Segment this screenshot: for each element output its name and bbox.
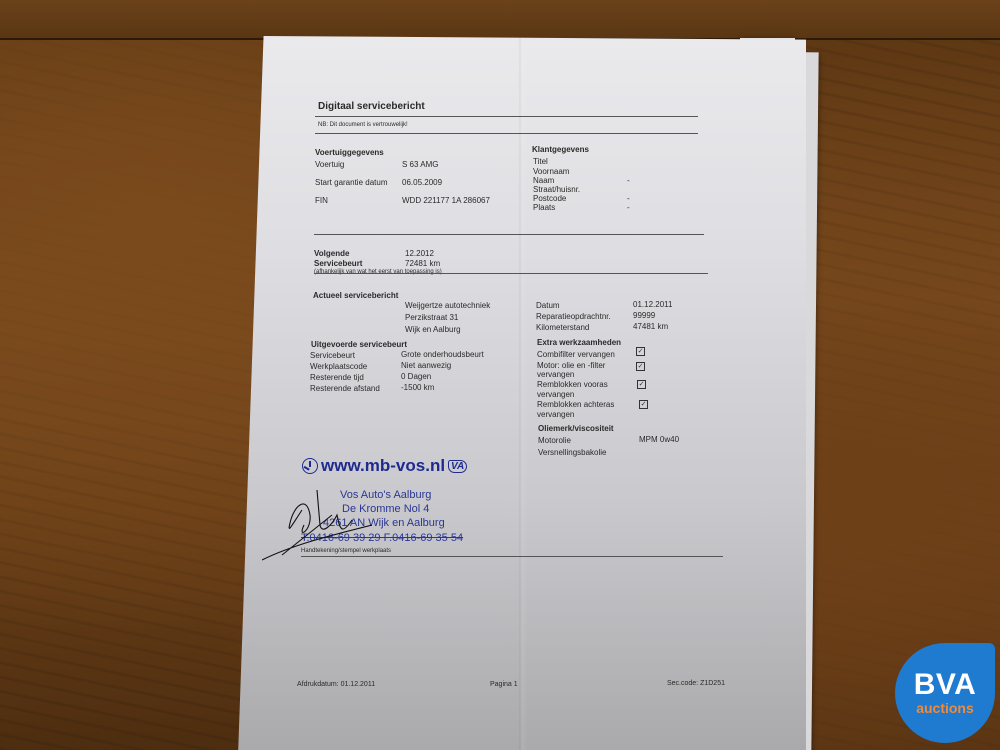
mercedes-star-icon — [302, 458, 318, 474]
current-heading: Actueel servicebericht — [313, 291, 398, 300]
date-value: 01.12.2011 — [633, 300, 672, 309]
extra-checkbox[interactable]: ✓ — [636, 347, 645, 356]
extra-heading: Extra werkzaamheden — [537, 338, 621, 347]
warranty-start-label: Start garantie datum — [315, 178, 387, 187]
customer-label: Titel — [533, 157, 548, 166]
dealer-logo: www.mb-vos.nl VA — [302, 456, 467, 476]
engine-oil-label: Motorolie — [538, 436, 571, 445]
vehicle-label: Voertuig — [315, 160, 344, 169]
vehicle-heading: Voertuiggegevens — [315, 148, 384, 157]
performed-heading: Uitgevoerde servicebeurt — [311, 340, 407, 349]
next-service-label: Volgende — [314, 249, 349, 258]
workshop-line: Weijgertze autotechniek — [405, 301, 490, 310]
divider — [314, 234, 704, 235]
bva-sub: auctions — [916, 700, 974, 716]
extra-item: Combifilter vervangen — [537, 350, 615, 359]
signature-label: Handtekening/stempel werkplaats — [301, 548, 391, 554]
repair-order-label: Reparatieopdrachtnr. — [536, 312, 611, 321]
customer-label: Voornaam — [533, 167, 569, 176]
bva-brand: BVA — [914, 670, 977, 700]
customer-label: Postcode — [533, 194, 566, 203]
divider — [315, 133, 698, 134]
bva-auctions-logo: BVA auctions — [895, 643, 995, 743]
gearbox-oil-label: Versnellingsbakolie — [538, 448, 607, 457]
next-service-note: (afhankelijk van wat het eerst van toepa… — [314, 269, 442, 275]
oil-heading: Oliemerk/viscositeit — [538, 424, 614, 433]
next-service-km: 72481 km — [405, 259, 440, 268]
fin-label: FIN — [315, 196, 328, 205]
customer-label: Straat/huisnr. — [533, 185, 580, 194]
print-date: Afdrukdatum: 01.12.2011 — [297, 681, 375, 688]
date-label: Datum — [536, 301, 560, 310]
wood-table-plank — [0, 0, 1000, 40]
customer-heading: Klantgegevens — [532, 145, 589, 154]
customer-value: - — [627, 176, 630, 185]
security-code: Sec.code: Z1D251 — [667, 680, 725, 687]
next-service-label: Servicebeurt — [314, 259, 362, 268]
mileage-label: Kilometerstand — [536, 323, 589, 332]
customer-label: Naam — [533, 176, 554, 185]
engine-oil-value: MPM 0w40 — [639, 435, 679, 444]
customer-label: Plaats — [533, 203, 555, 212]
repair-order-value: 99999 — [633, 311, 655, 320]
performed-label: Werkplaatscode — [310, 362, 367, 371]
document-title: Digitaal servicebericht — [318, 101, 425, 112]
performed-value: -1500 km — [401, 383, 434, 392]
divider — [301, 556, 723, 557]
next-service-date: 12.2012 — [405, 249, 434, 258]
extra-checkbox[interactable]: ✓ — [637, 380, 646, 389]
extra-checkbox[interactable]: ✓ — [636, 362, 645, 371]
divider — [314, 273, 708, 274]
service-report-paper — [238, 36, 806, 750]
performed-value: Niet aanwezig — [401, 361, 451, 370]
performed-label: Resterende tijd — [310, 373, 364, 382]
warranty-start-value: 06.05.2009 — [402, 178, 442, 187]
workshop-line: Perzikstraat 31 — [405, 313, 458, 322]
extra-item: Remblokken achteras vervangen — [537, 400, 627, 420]
extra-item: Motor: olie en -filter vervangen — [537, 361, 627, 379]
mileage-value: 47481 km — [633, 322, 668, 331]
va-badge-icon: VA — [448, 460, 467, 473]
divider — [315, 116, 698, 117]
performed-value: 0 Dagen — [401, 372, 431, 381]
performed-label: Servicebeurt — [310, 351, 355, 360]
workshop-line: Wijk en Aalburg — [405, 325, 461, 334]
dealer-website: www.mb-vos.nl — [321, 456, 445, 476]
page-number: Pagina 1 — [490, 681, 518, 688]
extra-checkbox[interactable]: ✓ — [639, 400, 648, 409]
performed-value: Grote onderhoudsbeurt — [401, 350, 484, 359]
vehicle-value: S 63 AMG — [402, 160, 438, 169]
confidential-notice: NB: Dit document is vertrouwelijk! — [318, 122, 408, 128]
performed-label: Resterende afstand — [310, 384, 380, 393]
fin-value: WDD 221177 1A 286067 — [402, 196, 490, 205]
extra-item: Remblokken vooras vervangen — [537, 380, 617, 400]
customer-value: - — [627, 194, 630, 203]
customer-value: - — [627, 203, 630, 212]
